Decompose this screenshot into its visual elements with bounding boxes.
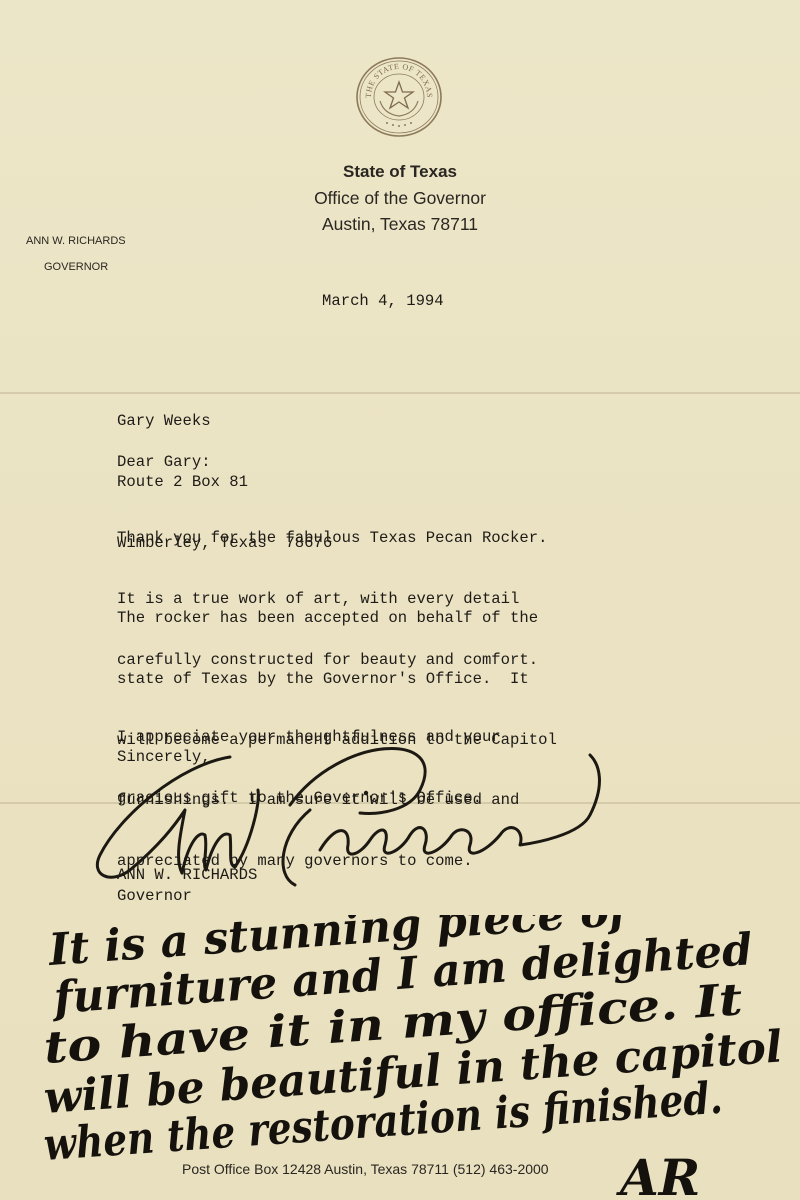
recipient-name: Gary Weeks	[117, 411, 332, 431]
letterhead-city: Austin, Texas 78711	[250, 214, 550, 235]
salutation: Dear Gary:	[117, 452, 211, 472]
sender-title: GOVERNOR	[44, 261, 108, 273]
svg-text:AR: AR	[616, 1148, 700, 1200]
letterhead-title: State of Texas	[250, 162, 550, 182]
signature-typed-name: ANN W. RICHARDS	[117, 865, 257, 885]
handwritten-note: It is a stunning piece of furniture and …	[20, 915, 800, 1200]
signature-typed-title: Governor	[117, 886, 192, 906]
texas-state-seal-icon: THE STATE OF TEXAS	[354, 56, 444, 138]
letter-date: March 4, 1994	[322, 291, 444, 311]
letterhead-office: Office of the Governor	[250, 188, 550, 209]
footer-address: Post Office Box 12428 Austin, Texas 7871…	[182, 1161, 549, 1177]
sender-name: ANN W. RICHARDS	[26, 235, 126, 247]
body-line: The rocker has been accepted on behalf o…	[117, 608, 557, 628]
body-line: Thank you for the fabulous Texas Pecan R…	[117, 528, 547, 548]
